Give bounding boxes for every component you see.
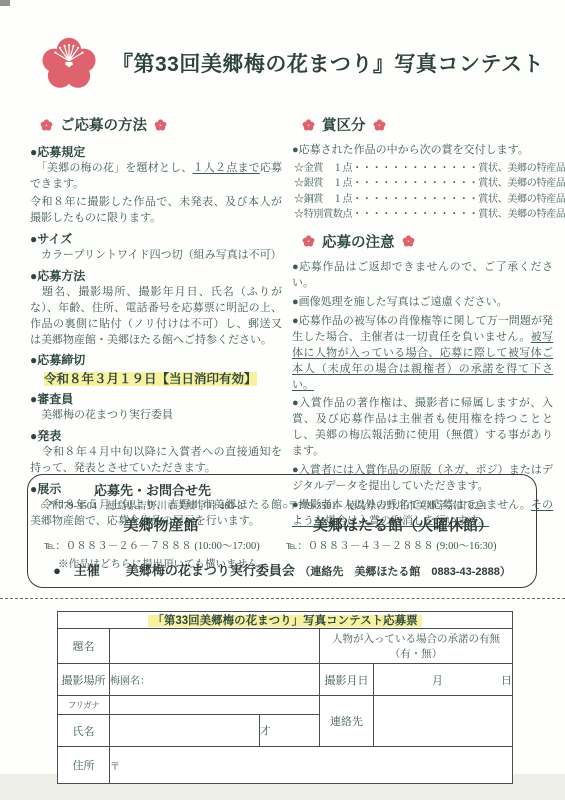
section-heading-howto: ご応募の方法	[40, 114, 282, 135]
section-heading-notes: 応募の注意	[302, 231, 553, 252]
scan-artifact-corner	[0, 0, 10, 6]
hotarukan-name: 美郷ほたる館（火曜休館）	[282, 514, 524, 535]
prize-row-special: ☆特別賞数点・・・・・・・・・・・・・賞状、美郷の特産品	[294, 207, 553, 223]
item-title-kitei: ●応募規定	[30, 143, 282, 160]
header: 『第33回美郷梅の花まつり』写真コンテスト	[40, 36, 545, 90]
prize-row-gold: ☆金賞 １点・・・・・・・・・・・・・賞状、美郷の特産品	[294, 161, 553, 177]
entry-form-title: 「第33回美郷梅の花まつり」写真コンテスト応募票	[148, 615, 421, 627]
note-item: ●画像処理を施した写真はご遠慮ください。	[292, 295, 553, 311]
title-input-cell	[110, 629, 320, 664]
note-item: ●応募作品はご返却できませんので、ご了承ください。	[292, 260, 553, 292]
column-prizes-notes: 賞区分 ●応募された作品の中から次の賞を交付します。 ☆金賞 １点・・・・・・・…	[292, 112, 553, 533]
field-label-address: 住所	[58, 747, 110, 784]
page-title: 『第33回美郷梅の花まつり』写真コンテスト	[112, 48, 544, 78]
highlighted-deadline: 令和８年３月１９日【当日消印有効】	[44, 372, 257, 386]
text-run: ●応募作品の被写体の肖像権等に関して万一問題が発生した場合、主催者は一切責任を負…	[292, 315, 553, 343]
name-input-cell	[110, 715, 260, 747]
section-heading-label: ご応募の方法	[60, 114, 147, 135]
contact-input-cell	[374, 696, 513, 747]
text-run: 「美郷の梅の花」を題材とし、	[30, 162, 193, 174]
section-heading-label: 応募の注意	[322, 231, 395, 252]
item-title-deadline: ●応募締切	[30, 351, 282, 368]
prize-row-silver: ☆銀賞 １点・・・・・・・・・・・・・賞状、美郷の特産品	[294, 176, 553, 192]
cut-line	[0, 598, 565, 599]
main-columns: ご応募の方法 ●応募規定 「美郷の梅の花」を題材とし、１人２点まで応募できます。…	[30, 112, 553, 533]
field-label-date: 撮影月日	[320, 664, 374, 696]
deadline-value: 令和８年３月１９日【当日消印有効】	[44, 369, 282, 387]
item-body-judge: 美郷梅の花まつり実行委員	[30, 408, 282, 424]
bussankan-tel: ℡：０８８３－２６－７８８８ (10:00～17:00)	[44, 538, 282, 553]
section-heading-prizes: 賞区分	[302, 114, 553, 135]
sponsor-contact: （連絡先 美郷ほたる館 0883-43-2888）	[299, 566, 511, 578]
item-body-kitei: 「美郷の梅の花」を題材とし、１人２点まで応募できます。	[30, 161, 282, 193]
item-body-size: カラープリントワイド四つ切（組み写真は不可）	[30, 248, 282, 264]
age-cell: 才	[260, 715, 320, 747]
garden-name-cell: 梅園名：	[110, 664, 320, 696]
note-item: ●入賞作品の著作権は、撮影者に帰属しますが、入賞、及び応募作品は主催者も使用権を…	[292, 396, 553, 460]
field-label-title: 題名	[58, 629, 110, 664]
entry-form-title-cell: 「第33回美郷梅の花まつり」写真コンテスト応募票	[58, 612, 513, 629]
plum-blossom-icon	[302, 235, 315, 247]
address-input-cell: 〒	[110, 747, 513, 784]
month-label: 月	[432, 672, 443, 688]
item-title-judge: ●審査員	[30, 390, 282, 407]
field-label-furigana: フリガナ	[58, 696, 110, 715]
day-label: 日	[501, 672, 512, 688]
field-label-location: 撮影場所	[58, 664, 110, 696]
column-how-to-apply: ご応募の方法 ●応募規定 「美郷の梅の花」を題材とし、１人２点まで応募できます。…	[30, 112, 282, 533]
hotarukan-address: ○〒779-3501 徳島県吉野川市美郷字宗田 82-1	[282, 497, 524, 512]
item-body-method: 題名、撮影場所、撮影年月日、氏名（ふりがな）、年齢、住所、電話番号を応募票に明記…	[30, 285, 282, 349]
plum-blossom-logo-icon	[40, 36, 98, 90]
field-label-contact: 連絡先	[320, 696, 374, 747]
date-input-cell: 月日	[374, 664, 513, 696]
furigana-input-cell	[110, 696, 320, 715]
plum-blossom-icon	[302, 119, 315, 131]
item-body-announce: 令和８年４月中旬以降に入賞者への直接通知を持って、発表とさせていただきます。	[30, 445, 282, 477]
plum-blossom-icon	[40, 119, 53, 131]
field-label-name: 氏名	[58, 715, 110, 747]
underlined-text: １人２点まで	[193, 162, 260, 174]
consent-cell: 人物が入っている場合の承諾の有無（有・無）	[320, 629, 513, 664]
prize-row-bronze: ☆銅賞 １点・・・・・・・・・・・・・賞状、美郷の特産品	[294, 192, 553, 208]
prizes-intro: ●応募された作品の中から次の賞を交付します。	[292, 143, 553, 159]
item-body-kitei2: 令和８年に撮影した作品で、未発表、及び本人が撮影したものに限ります。	[30, 195, 282, 227]
plum-blossom-icon	[373, 119, 386, 131]
entry-form-table: 「第33回美郷梅の花まつり」写真コンテスト応募票 題名 人物が入っている場合の承…	[57, 611, 513, 784]
item-title-size: ●サイズ	[30, 230, 282, 247]
plum-blossom-icon	[402, 235, 415, 247]
sponsor-name: ● 主催 美郷梅の花まつり実行委員会	[53, 563, 295, 578]
note-item: ●応募作品の被写体の肖像権等に関して万一問題が発生した場合、主催者は一切責任を負…	[292, 314, 553, 394]
plum-blossom-icon	[154, 119, 167, 131]
item-title-method: ●応募方法	[30, 267, 282, 284]
bussankan-address: ○ 〒779-3504 徳島県吉野川市美郷字峠 463-3	[40, 497, 282, 512]
contact-box: 応募先・お問合せ先 ○ 〒779-3504 徳島県吉野川市美郷字峠 463-3 …	[27, 474, 537, 588]
section-heading-label: 賞区分	[322, 114, 366, 135]
item-title-announce: ●発表	[30, 427, 282, 444]
bussankan-name: 美郷物産館	[40, 514, 282, 535]
sponsor-line: ● 主催 美郷梅の花まつり実行委員会 （連絡先 美郷ほたる館 0883-43-2…	[28, 560, 536, 580]
hotarukan-tel: ℡：０８８３－４３－２８８８ (9:00～16:30)	[286, 538, 524, 553]
